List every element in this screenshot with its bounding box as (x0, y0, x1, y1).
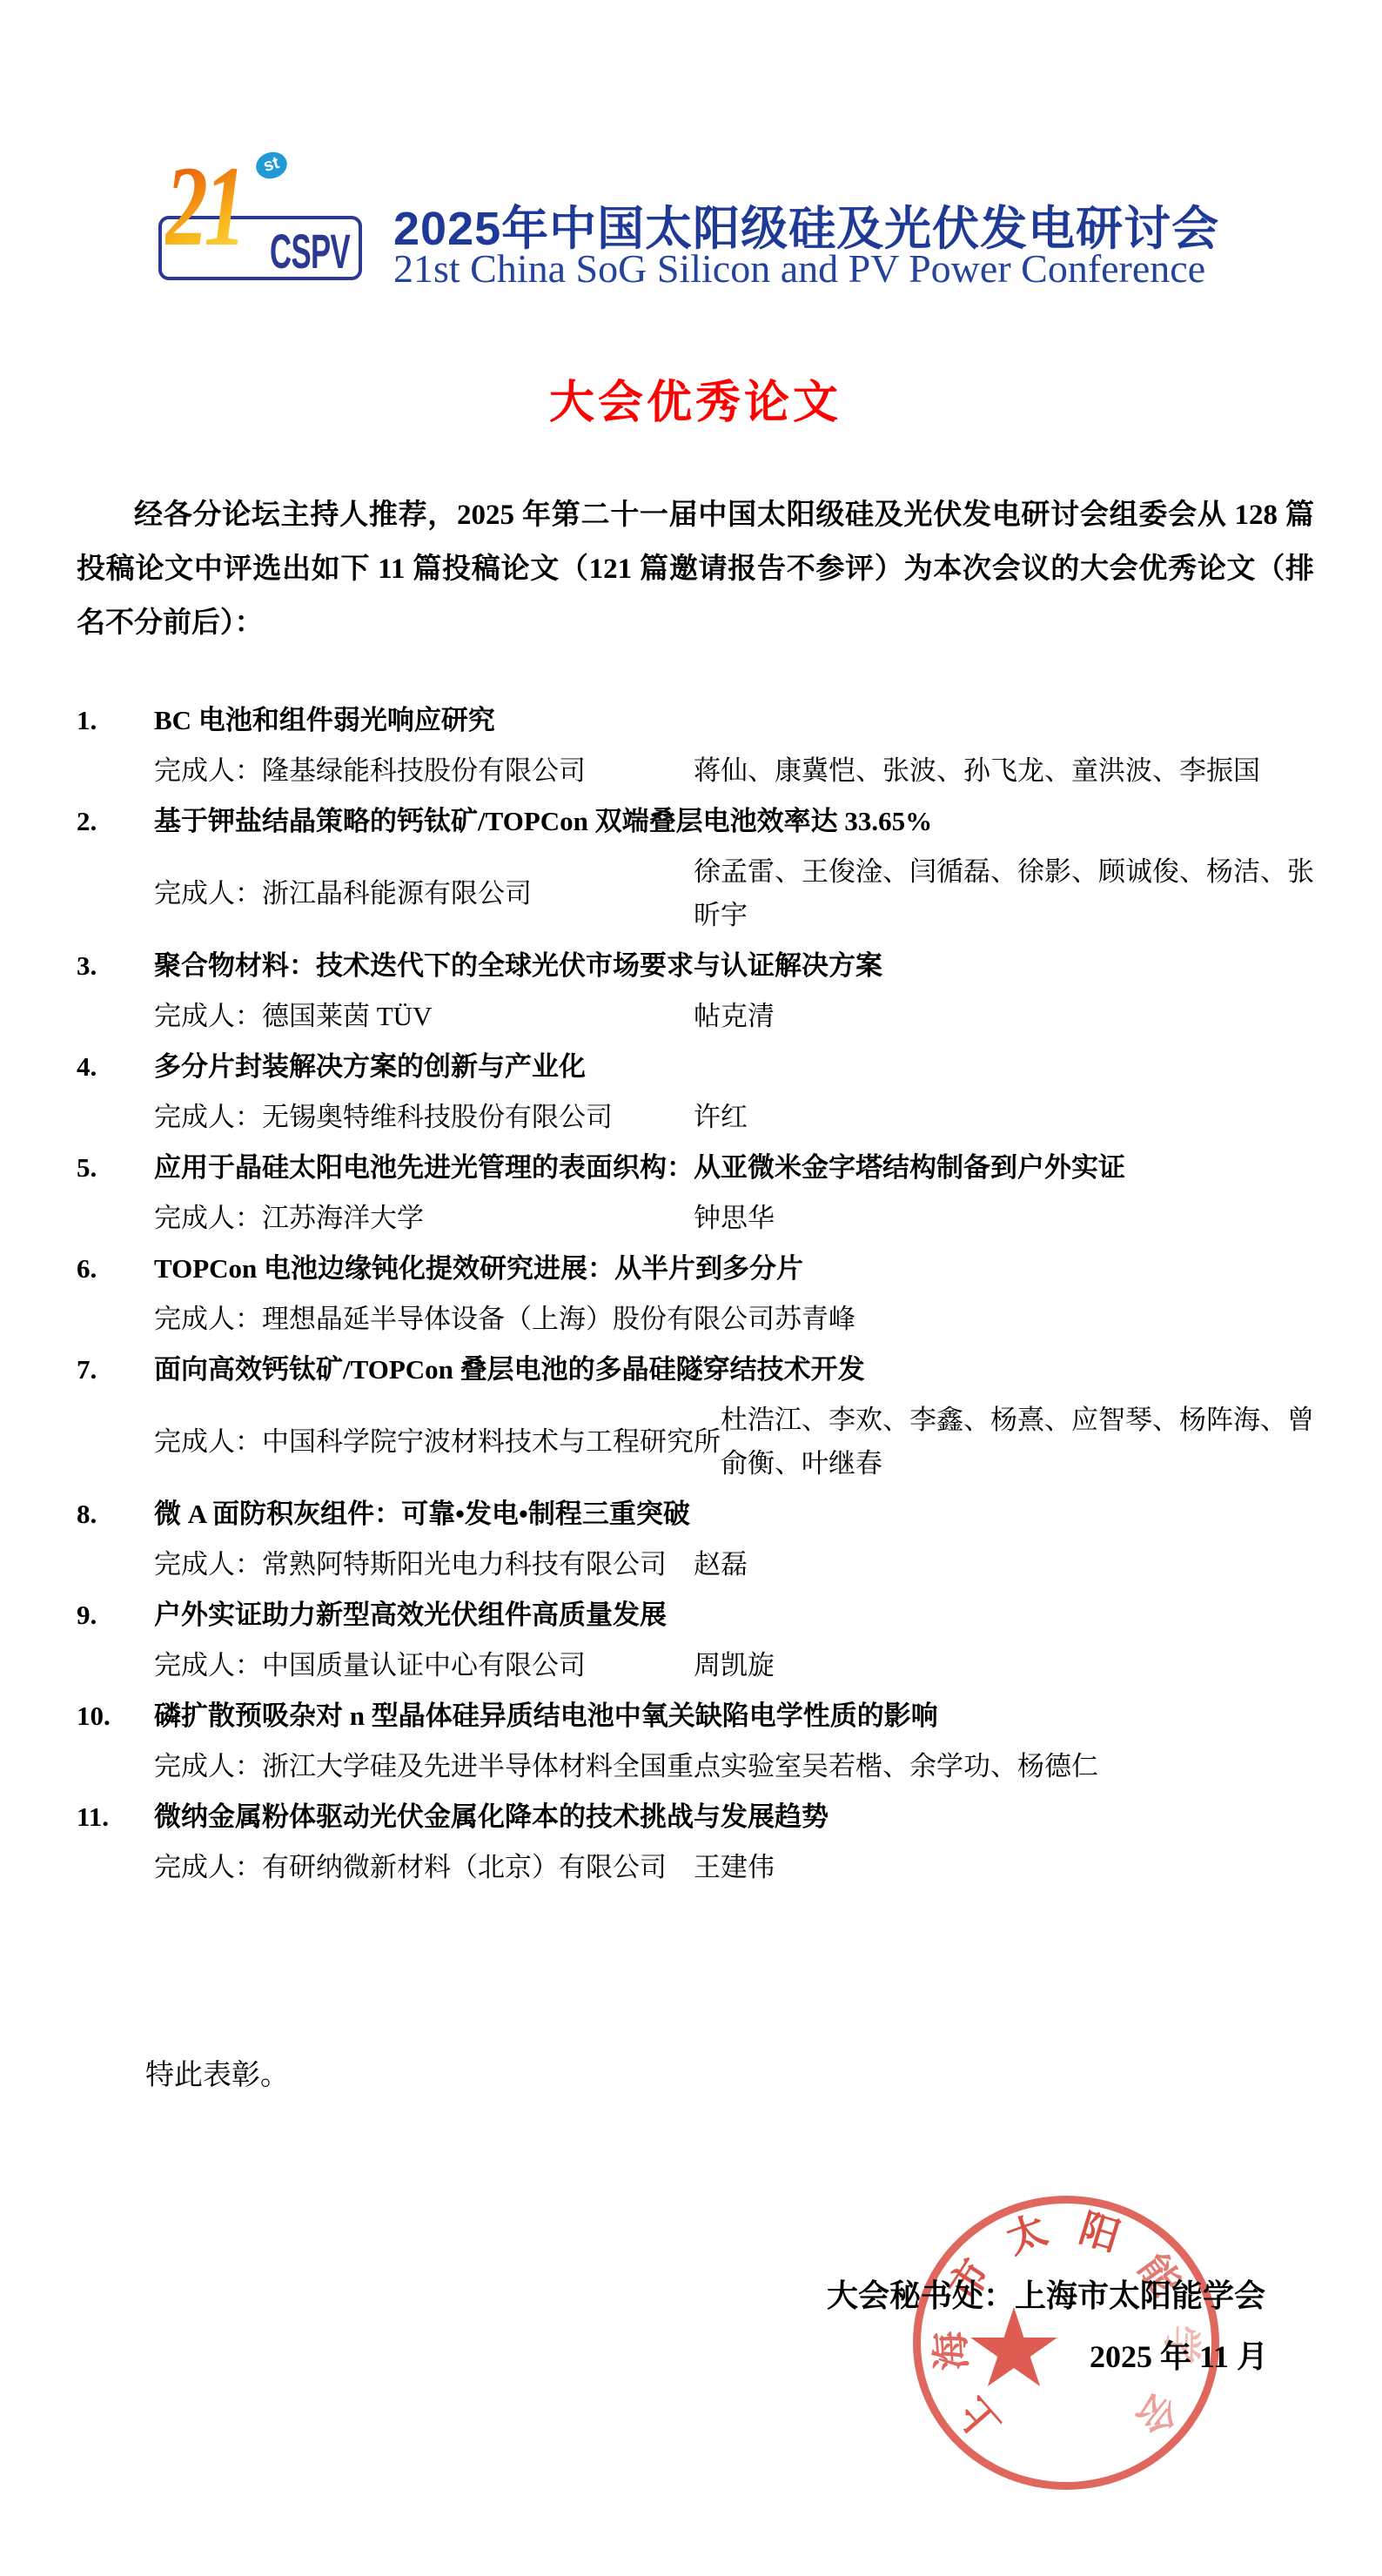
paper-body: 聚合物材料：技术迭代下的全球光伏市场要求与认证解决方案完成人：德国莱茵 TÜV帖… (154, 941, 1314, 1042)
paper-body: 微纳金属粉体驱动光伏金属化降本的技术挑战与发展趋势完成人：有研纳微新材料（北京）… (154, 1792, 1314, 1893)
paper-organization: 完成人：理想晶延半导体设备（上海）股份有限公司 (154, 1294, 775, 1345)
paper-authors: 徐孟雷、王俊淦、闫循磊、徐影、顾诚俊、杨洁、张昕宇 (694, 847, 1314, 941)
paper-body: 磷扩散预吸杂对 n 型晶体硅异质结电池中氧关缺陷电学性质的影响完成人：浙江大学硅… (154, 1691, 1314, 1792)
paper-title: 微纳金属粉体驱动光伏金属化降本的技术挑战与发展趋势 (154, 1792, 1314, 1842)
paper-number: 11. (77, 1792, 154, 1842)
paper-body: BC 电池和组件弱光响应研究完成人：隆基绿能科技股份有限公司蒋仙、康冀恺、张波、… (154, 695, 1314, 796)
document-body: 大会优秀论文 经各分论坛主持人推荐，2025 年第二十一届中国太阳级硅及光伏发电… (77, 366, 1314, 1893)
paper-item: 6.TOPCon 电池边缘钝化提效研究进展：从半片到多分片完成人：理想晶延半导体… (77, 1244, 1314, 1345)
paper-number: 3. (77, 941, 154, 991)
paper-title: 微 A 面防积灰组件：可靠•发电•制程三重突破 (154, 1489, 1314, 1540)
paper-organization: 完成人：无锡奥特维科技股份有限公司 (154, 1092, 694, 1143)
seal-arc-char: 海 (929, 2328, 975, 2374)
logo-ordinal-badge: st (253, 149, 291, 183)
logo-acronym: CSPV (270, 227, 350, 276)
paper-meta-row: 完成人：隆基绿能科技股份有限公司蒋仙、康冀恺、张波、孙飞龙、童洪波、李振国 (154, 746, 1314, 796)
secretariat-signature: 大会秘书处：上海市太阳能学会 (827, 2271, 1265, 2316)
paper-meta-row: 完成人：江苏海洋大学钟思华 (154, 1193, 1314, 1244)
paper-authors: 苏青峰 (775, 1294, 1314, 1345)
paper-authors: 钟思华 (694, 1193, 1314, 1244)
paper-organization: 完成人：中国科学院宁波材料技术与工程研究所 (154, 1417, 721, 1467)
paper-authors: 赵磊 (694, 1540, 1314, 1590)
paper-organization: 完成人：江苏海洋大学 (154, 1193, 694, 1244)
paper-number: 1. (77, 695, 154, 746)
conference-title-english: 21st China SoG Silicon and PV Power Conf… (393, 245, 1377, 292)
paper-meta-row: 完成人：中国科学院宁波材料技术与工程研究所杜浩江、李欢、李鑫、杨熹、应智琴、杨阵… (154, 1395, 1314, 1489)
paper-authors: 王建伟 (694, 1842, 1314, 1893)
paper-body: 应用于晶硅太阳电池先进光管理的表面织构：从亚微米金字塔结构制备到户外实证完成人：… (154, 1143, 1314, 1244)
paper-title: 户外实证助力新型高效光伏组件高质量发展 (154, 1590, 1314, 1640)
paper-title: 多分片封装解决方案的创新与产业化 (154, 1042, 1314, 1092)
paper-item: 1.BC 电池和组件弱光响应研究完成人：隆基绿能科技股份有限公司蒋仙、康冀恺、张… (77, 695, 1314, 796)
paper-body: TOPCon 电池边缘钝化提效研究进展：从半片到多分片完成人：理想晶延半导体设备… (154, 1244, 1314, 1345)
paper-number: 8. (77, 1489, 154, 1540)
paper-item: 4.多分片封装解决方案的创新与产业化完成人：无锡奥特维科技股份有限公司许红 (77, 1042, 1314, 1143)
paper-list: 1.BC 电池和组件弱光响应研究完成人：隆基绿能科技股份有限公司蒋仙、康冀恺、张… (77, 695, 1314, 1893)
paper-authors: 许红 (694, 1092, 1314, 1143)
paper-organization: 完成人：隆基绿能科技股份有限公司 (154, 746, 694, 796)
paper-authors: 杜浩江、李欢、李鑫、杨熹、应智琴、杨阵海、曾俞衡、叶继春 (721, 1395, 1314, 1489)
paper-item: 9.户外实证助力新型高效光伏组件高质量发展完成人：中国质量认证中心有限公司周凯旋 (77, 1590, 1314, 1691)
paper-number: 9. (77, 1590, 154, 1640)
paper-organization: 完成人：常熟阿特斯阳光电力科技有限公司 (154, 1540, 694, 1590)
paper-item: 2.基于钾盐结晶策略的钙钛矿/TOPCon 双端叠层电池效率达 33.65%完成… (77, 796, 1314, 941)
paper-title: BC 电池和组件弱光响应研究 (154, 695, 1314, 746)
paper-number: 6. (77, 1244, 154, 1294)
paper-title: 磷扩散预吸杂对 n 型晶体硅异质结电池中氧关缺陷电学性质的影响 (154, 1691, 1314, 1741)
paper-item: 11.微纳金属粉体驱动光伏金属化降本的技术挑战与发展趋势完成人：有研纳微新材料（… (77, 1792, 1314, 1893)
document-title: 大会优秀论文 (77, 366, 1314, 431)
paper-meta-row: 完成人：常熟阿特斯阳光电力科技有限公司赵磊 (154, 1540, 1314, 1590)
paper-organization: 完成人：有研纳微新材料（北京）有限公司 (154, 1842, 694, 1893)
paper-number: 4. (77, 1042, 154, 1092)
paper-organization: 完成人：浙江大学硅及先进半导体材料全国重点实验室 (154, 1741, 802, 1792)
paper-item: 3.聚合物材料：技术迭代下的全球光伏市场要求与认证解决方案完成人：德国莱茵 TÜ… (77, 941, 1314, 1042)
paper-meta-row: 完成人：浙江晶科能源有限公司徐孟雷、王俊淦、闫循磊、徐影、顾诚俊、杨洁、张昕宇 (154, 847, 1314, 941)
paper-body: 微 A 面防积灰组件：可靠•发电•制程三重突破完成人：常熟阿特斯阳光电力科技有限… (154, 1489, 1314, 1590)
paper-body: 面向高效钙钛矿/TOPCon 叠层电池的多晶硅隧穿结技术开发完成人：中国科学院宁… (154, 1345, 1314, 1489)
paper-body: 多分片封装解决方案的创新与产业化完成人：无锡奥特维科技股份有限公司许红 (154, 1042, 1314, 1143)
paper-title: 应用于晶硅太阳电池先进光管理的表面织构：从亚微米金字塔结构制备到户外实证 (154, 1143, 1314, 1193)
paper-title: 基于钾盐结晶策略的钙钛矿/TOPCon 双端叠层电池效率达 33.65% (154, 796, 1314, 847)
logo-number: 21 (165, 149, 243, 264)
conference-logo: 21 st CSPV (158, 151, 367, 290)
signature-date: 2025 年 11 月 (1090, 2332, 1268, 2377)
paper-number: 2. (77, 796, 154, 847)
paper-number: 7. (77, 1345, 154, 1395)
paper-number: 5. (77, 1143, 154, 1193)
paper-organization: 完成人：德国莱茵 TÜV (154, 991, 694, 1042)
paper-meta-row: 完成人：中国质量认证中心有限公司周凯旋 (154, 1640, 1314, 1691)
paper-meta-row: 完成人：德国莱茵 TÜV帖克清 (154, 991, 1314, 1042)
paper-item: 7.面向高效钙钛矿/TOPCon 叠层电池的多晶硅隧穿结技术开发完成人：中国科学… (77, 1345, 1314, 1489)
paper-item: 10.磷扩散预吸杂对 n 型晶体硅异质结电池中氧关缺陷电学性质的影响完成人：浙江… (77, 1691, 1314, 1792)
paper-meta-row: 完成人：浙江大学硅及先进半导体材料全国重点实验室吴若楷、余学功、杨德仁 (154, 1741, 1314, 1792)
paper-body: 基于钾盐结晶策略的钙钛矿/TOPCon 双端叠层电池效率达 33.65%完成人：… (154, 796, 1314, 941)
paper-organization: 完成人：浙江晶科能源有限公司 (154, 869, 694, 919)
paper-title: 聚合物材料：技术迭代下的全球光伏市场要求与认证解决方案 (154, 941, 1314, 991)
paper-authors: 蒋仙、康冀恺、张波、孙飞龙、童洪波、李振国 (694, 746, 1314, 796)
paper-body: 户外实证助力新型高效光伏组件高质量发展完成人：中国质量认证中心有限公司周凯旋 (154, 1590, 1314, 1691)
paper-authors: 周凯旋 (694, 1640, 1314, 1691)
paper-meta-row: 完成人：理想晶延半导体设备（上海）股份有限公司苏青峰 (154, 1294, 1314, 1345)
paper-title: 面向高效钙钛矿/TOPCon 叠层电池的多晶硅隧穿结技术开发 (154, 1345, 1314, 1395)
paper-title: TOPCon 电池边缘钝化提效研究进展：从半片到多分片 (154, 1244, 1314, 1294)
paper-organization: 完成人：中国质量认证中心有限公司 (154, 1640, 694, 1691)
closing-remark: 特此表彰。 (145, 2052, 289, 2093)
document-page: 21 st CSPV 2025年中国太阳级硅及光伏发电研讨会 21st Chin… (0, 0, 1382, 2576)
paper-meta-row: 完成人：有研纳微新材料（北京）有限公司王建伟 (154, 1842, 1314, 1893)
paper-authors: 帖克清 (694, 991, 1314, 1042)
intro-paragraph: 经各分论坛主持人推荐，2025 年第二十一届中国太阳级硅及光伏发电研讨会组委会从… (77, 488, 1314, 650)
paper-number: 10. (77, 1691, 154, 1741)
paper-meta-row: 完成人：无锡奥特维科技股份有限公司许红 (154, 1092, 1314, 1143)
paper-authors: 吴若楷、余学功、杨德仁 (802, 1741, 1314, 1792)
paper-item: 8.微 A 面防积灰组件：可靠•发电•制程三重突破完成人：常熟阿特斯阳光电力科技… (77, 1489, 1314, 1590)
paper-item: 5.应用于晶硅太阳电池先进光管理的表面织构：从亚微米金字塔结构制备到户外实证完成… (77, 1143, 1314, 1244)
